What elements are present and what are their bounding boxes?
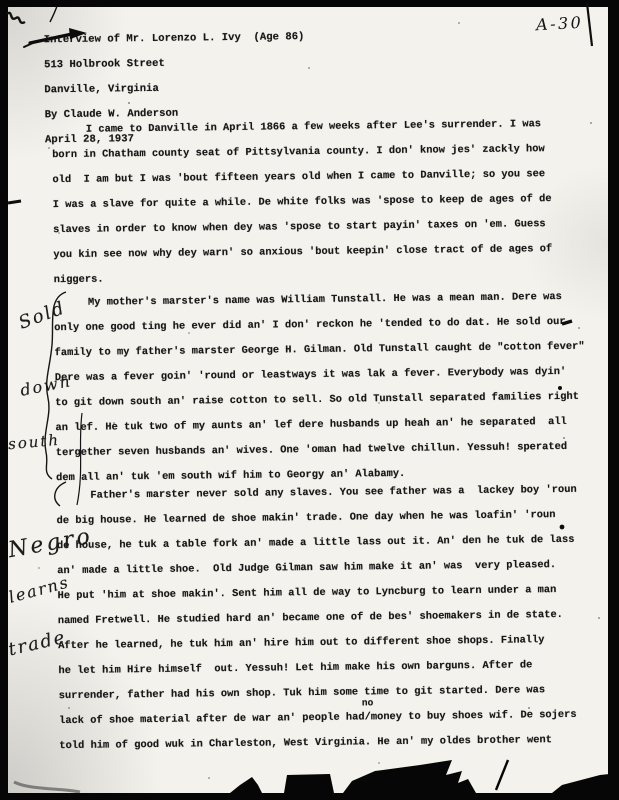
typed-insertion-no: no — [362, 697, 374, 708]
page-label-handwritten: A-30 — [536, 13, 584, 34]
typed-content: Interview of Mr. Lorenzo L. Ivy (Age 86)… — [3, 0, 613, 793]
typed-line: Interview of Mr. Lorenzo L. Ivy (Age 86) — [44, 31, 305, 59]
paragraph-2: My mother's marster's name was William T… — [54, 284, 604, 491]
paragraph-1: I came to Danville in April 1866 a few w… — [52, 111, 602, 293]
typed-line: Danville, Virginia — [44, 81, 305, 109]
paragraph-3: Father's marster never sold any slaves. … — [56, 477, 607, 759]
torn-bottom-edge — [0, 752, 619, 800]
scanned-document: Interview of Mr. Lorenzo L. Ivy (Age 86)… — [0, 0, 619, 800]
document-page: Interview of Mr. Lorenzo L. Ivy (Age 86)… — [8, 7, 608, 793]
typed-line: 513 Holbrook Street — [44, 56, 305, 84]
